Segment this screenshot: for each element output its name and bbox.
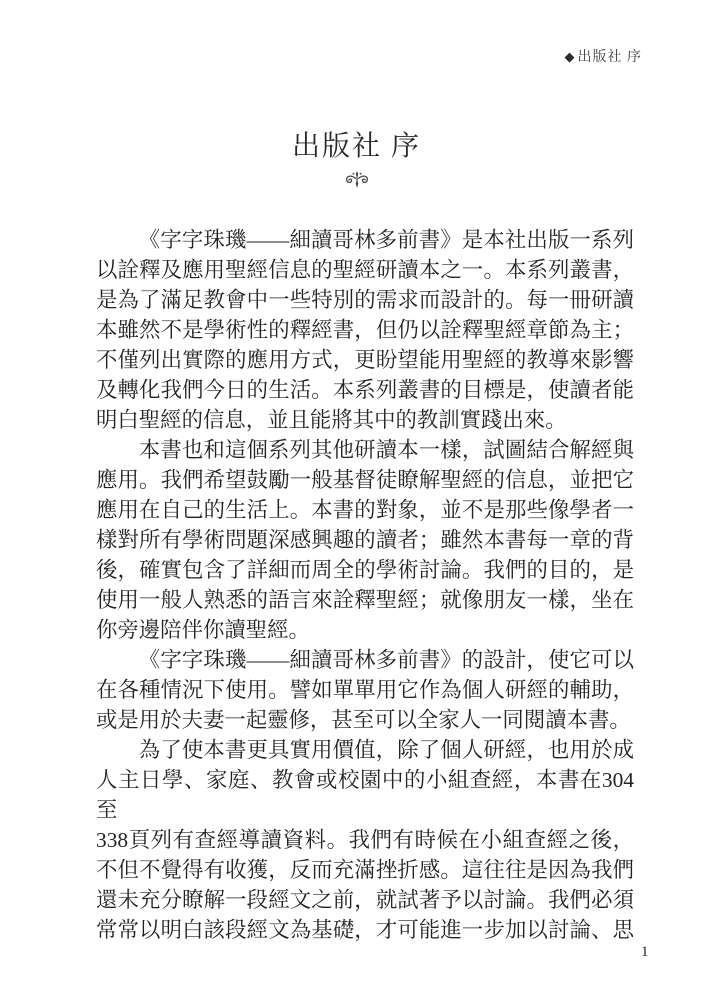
text-line: 應用在自己的生活上。本書的對象，並不是那些像學者一: [96, 495, 634, 525]
body-text: 《字字珠璣——細讀哥林多前書》是本社出版一系列以詮釋及應用聖經信息的聖經研讀本之…: [96, 225, 634, 945]
text-line: 本書也和這個系列其他研讀本一樣，試圖結合解經與: [96, 435, 634, 465]
text-line: 樣對所有學術問題深感興趣的讀者；雖然本書每一章的背: [96, 525, 634, 555]
page-number: 1: [641, 944, 649, 961]
text-line: 在各種情況下使用。譬如單單用它作為個人研經的輔助，: [96, 675, 634, 705]
text-line: 《字字珠璣——細讀哥林多前書》是本社出版一系列: [96, 225, 634, 255]
text-line: 人主日學、家庭、教會或校園中的小組查經，本書在304至: [96, 765, 634, 825]
text-line: 不但不覺得有收獲，反而充滿挫折感。這往往是因為我們: [96, 855, 634, 885]
text-line: 338頁列有查經導讀資料。我們有時候在小組查經之後，: [96, 825, 634, 855]
text-line: 不僅列出實際的應用方式，更盼望能用聖經的教導來影響: [96, 345, 634, 375]
running-header-text: 出版社 序: [578, 50, 643, 65]
text-line: 後，確實包含了詳細而周全的學術討論。我們的目的，是: [96, 555, 634, 585]
diamond-icon: ◆: [565, 49, 576, 64]
text-line: 或是用於夫妻一起靈修，甚至可以全家人一同閱讀本書。: [96, 705, 634, 735]
text-line: 及轉化我們今日的生活。本系列叢書的目標是，使讀者能: [96, 375, 634, 405]
text-line: 還未充分瞭解一段經文之前，就試著予以討論。我們必須: [96, 885, 634, 915]
text-line: 使用一般人熟悉的語言來詮釋聖經；就像朋友一樣，坐在: [96, 585, 634, 615]
text-line: 為了使本書更具實用價值，除了個人研經，也用於成: [96, 735, 634, 765]
text-line: 常常以明白該段經文為基礎，才可能進一步加以討論、思: [96, 915, 634, 945]
text-line: 《字字珠璣——細讀哥林多前書》的設計，使它可以: [96, 645, 634, 675]
text-line: 是為了滿足教會中一些特別的需求而設計的。每一冊研讀: [96, 285, 634, 315]
text-line: 明白聖經的信息，並且能將其中的教訓實踐出來。: [96, 405, 634, 435]
page-title: 出版社 序: [0, 124, 713, 164]
book-page: ◆出版社 序 出版社 序 《字字珠璣——細讀哥林多前書》是本社出版一系列以詮釋及…: [0, 0, 713, 1000]
fleuron-icon: [344, 168, 370, 194]
text-line: 你旁邊陪伴你讀聖經。: [96, 615, 634, 645]
text-line: 本雖然不是學術性的釋經書，但仍以詮釋聖經章節為主；: [96, 315, 634, 345]
text-line: 以詮釋及應用聖經信息的聖經研讀本之一。本系列叢書，: [96, 255, 634, 285]
running-header: ◆出版社 序: [565, 46, 643, 66]
text-line: 應用。我們希望鼓勵一般基督徒瞭解聖經的信息，並把它: [96, 465, 634, 495]
